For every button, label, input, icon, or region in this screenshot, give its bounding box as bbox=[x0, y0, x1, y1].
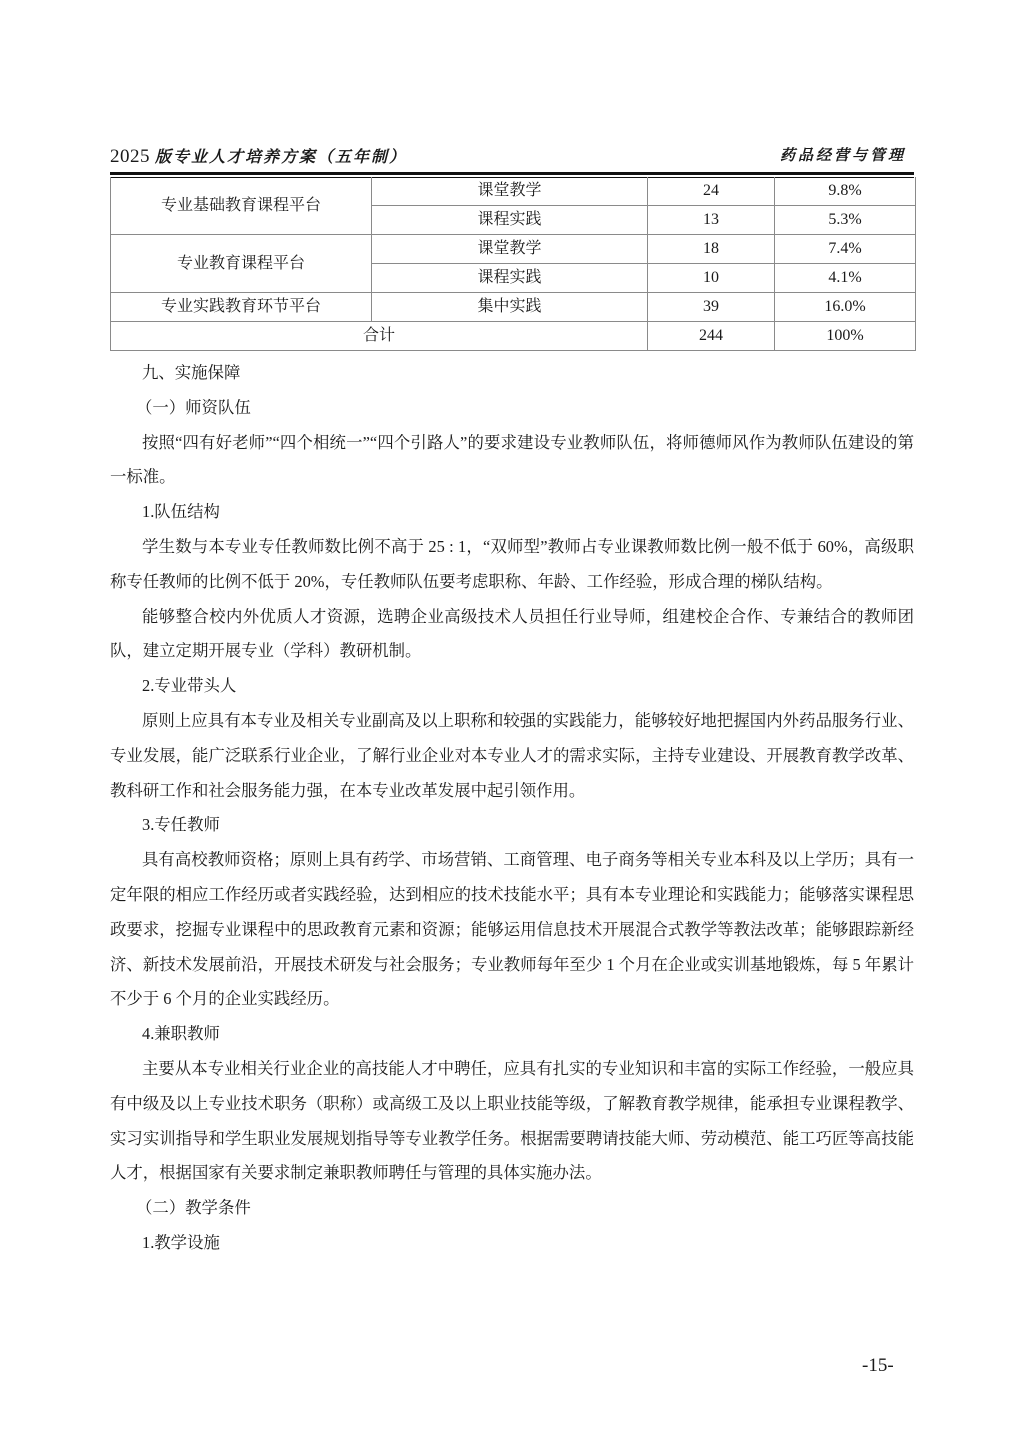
percent-cell: 9.8% bbox=[775, 177, 916, 206]
document-title: 2025 版专业人才培养方案（五年制） bbox=[110, 144, 407, 170]
credit-distribution-table: 专业基础教育课程平台 课堂教学 24 9.8% 课程实践 13 5.3% 专业教… bbox=[110, 177, 916, 351]
percent-cell: 5.3% bbox=[775, 206, 916, 235]
course-type-cell: 课堂教学 bbox=[372, 235, 648, 264]
running-header: 2025 版专业人才培养方案（五年制） 药品经营与管理 bbox=[110, 144, 914, 168]
credits-cell: 10 bbox=[648, 264, 775, 293]
course-type-cell: 集中实践 bbox=[372, 293, 648, 322]
total-credits-cell: 244 bbox=[648, 322, 775, 351]
paragraph: 按照“四有好老师”“四个相统一”“四个引路人”的要求建设专业教师队伍，将师德师风… bbox=[110, 426, 914, 496]
credits-cell: 13 bbox=[648, 206, 775, 235]
platform-cell: 专业基础教育课程平台 bbox=[111, 177, 372, 235]
course-type-cell: 课程实践 bbox=[372, 206, 648, 235]
percent-cell: 16.0% bbox=[775, 293, 916, 322]
table-row: 专业实践教育环节平台 集中实践 39 16.0% bbox=[111, 293, 916, 322]
table-row: 专业教育课程平台 课堂教学 18 7.4% bbox=[111, 235, 916, 264]
paragraph: 具有高校教师资格；原则上具有药学、市场营销、工商管理、电子商务等相关专业本科及以… bbox=[110, 843, 914, 1017]
item-heading: 1.教学设施 bbox=[110, 1226, 914, 1261]
section-heading: 九、实施保障 bbox=[110, 356, 914, 391]
subsection-heading: （一）师资队伍 bbox=[110, 391, 914, 426]
table-total-row: 合计 244 100% bbox=[111, 322, 916, 351]
item-heading: 2.专业带头人 bbox=[110, 669, 914, 704]
paragraph: 学生数与本专业专任教师数比例不高于 25 : 1，“双师型”教师占专业课教师数比… bbox=[110, 530, 914, 600]
course-type-cell: 课堂教学 bbox=[372, 177, 648, 206]
total-label-cell: 合计 bbox=[111, 322, 648, 351]
header-year: 2025 bbox=[110, 146, 150, 167]
header-title: 版专业人才培养方案（五年制） bbox=[155, 149, 407, 166]
paragraph: 主要从本专业相关行业企业的高技能人才中聘任，应具有扎实的专业知识和丰富的实际工作… bbox=[110, 1052, 914, 1191]
paragraph: 原则上应具有本专业及相关专业副高及以上职称和较强的实践能力，能够较好地把握国内外… bbox=[110, 704, 914, 808]
item-heading: 1.队伍结构 bbox=[110, 495, 914, 530]
paragraph: 能够整合校内外优质人才资源，选聘企业高级技术人员担任行业导师，组建校企合作、专兼… bbox=[110, 600, 914, 670]
course-type-cell: 课程实践 bbox=[372, 264, 648, 293]
platform-cell: 专业教育课程平台 bbox=[111, 235, 372, 293]
header-rule-thick bbox=[110, 172, 914, 175]
percent-cell: 4.1% bbox=[775, 264, 916, 293]
document-body: 九、实施保障 （一）师资队伍 按照“四有好老师”“四个相统一”“四个引路人”的要… bbox=[110, 356, 914, 1261]
credits-cell: 24 bbox=[648, 177, 775, 206]
program-name: 药品经营与管理 bbox=[780, 144, 906, 168]
page-number: -15- bbox=[862, 1354, 894, 1378]
item-heading: 4.兼职教师 bbox=[110, 1017, 914, 1052]
subsection-heading: （二）教学条件 bbox=[110, 1191, 914, 1226]
item-heading: 3.专任教师 bbox=[110, 808, 914, 843]
platform-cell: 专业实践教育环节平台 bbox=[111, 293, 372, 322]
total-percent-cell: 100% bbox=[775, 322, 916, 351]
percent-cell: 7.4% bbox=[775, 235, 916, 264]
table-row: 专业基础教育课程平台 课堂教学 24 9.8% bbox=[111, 177, 916, 206]
credits-cell: 39 bbox=[648, 293, 775, 322]
credits-cell: 18 bbox=[648, 235, 775, 264]
